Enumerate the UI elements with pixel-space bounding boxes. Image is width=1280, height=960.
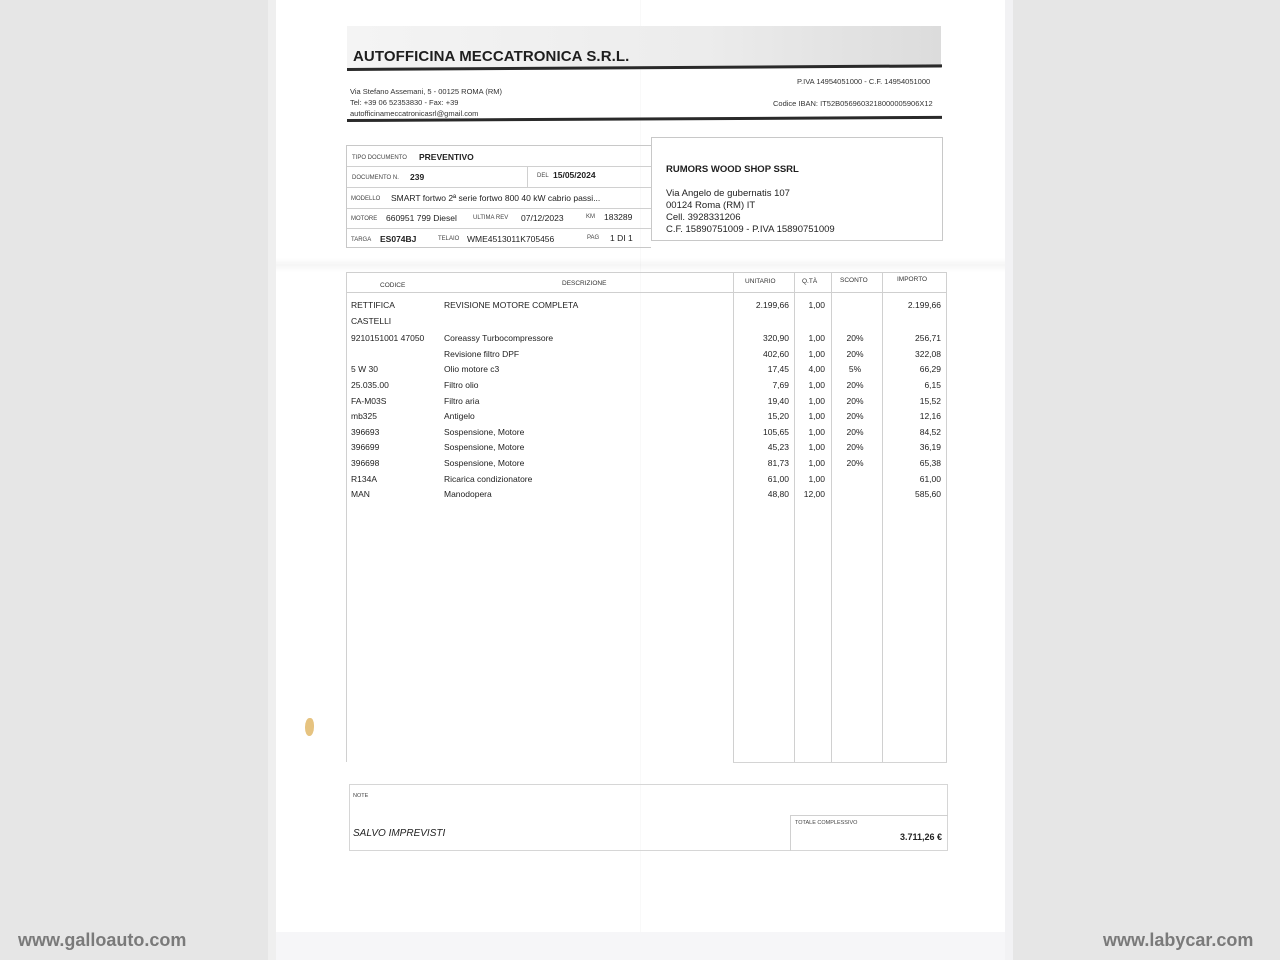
table-row: 396693Sospensione, Motore105,651,0020%84…: [0, 427, 1280, 441]
cell-code: MAN: [351, 489, 441, 499]
cell-code: 396698: [351, 458, 441, 468]
cell-amount: 256,71: [880, 333, 941, 343]
cell-description: Coreassy Turbocompressore: [444, 333, 729, 343]
cell-amount: 2.199,66: [880, 300, 941, 310]
table-bottom-border: [733, 762, 947, 763]
company-vat: P.IVA 14954051000 - C.F. 14954051000: [797, 77, 930, 86]
cell-description: Sospensione, Motore: [444, 442, 729, 452]
cell-discount: 20%: [835, 349, 875, 359]
client-city: 00124 Roma (RM) IT: [666, 200, 755, 211]
km-value: 183289: [604, 212, 632, 222]
table-row: mb325Antigelo15,201,0020%12,16: [0, 411, 1280, 425]
notes-label: Note: [353, 793, 368, 799]
table-row: Revisione filtro DPF402,601,0020%322,08: [0, 349, 1280, 363]
cell-description: Filtro olio: [444, 380, 729, 390]
horizontal-fold-mark: [276, 258, 1005, 272]
cell-unit: 45,23: [730, 442, 789, 452]
header-discount: Sconto: [840, 277, 868, 284]
cell-code: RETTIFICA: [351, 300, 441, 310]
table-row: 5 W 30Olio motore c317,454,005%66,29: [0, 364, 1280, 378]
last-rev-label: Ultima rev: [473, 215, 508, 221]
cell-code: 5 W 30: [351, 364, 441, 374]
header-qty: Q.tà: [802, 278, 817, 285]
cell-amount: 322,08: [880, 349, 941, 359]
cell-amount: 585,60: [880, 489, 941, 499]
page-value: 1 DI 1: [610, 233, 633, 243]
table-row: 396699Sospensione, Motore45,231,0020%36,…: [0, 442, 1280, 456]
cell-code: FA-M03S: [351, 396, 441, 406]
screenshot-stage: AUTOFFICINA MECCATRONICA S.R.L. Via Stef…: [0, 0, 1280, 960]
cell-description: Olio motore c3: [444, 364, 729, 374]
cell-amount: 61,00: [880, 474, 941, 484]
table-row: FA-M03SFiltro aria19,401,0020%15,52: [0, 396, 1280, 410]
cell-discount: 20%: [835, 427, 875, 437]
cell-discount: 5%: [835, 364, 875, 374]
table-row: 25.035.00Filtro olio7,691,0020%6,15: [0, 380, 1280, 394]
cell-unit: 48,80: [730, 489, 789, 499]
cell-qty: 4,00: [790, 364, 825, 374]
cell-qty: 1,00: [790, 427, 825, 437]
cell-code: R134A: [351, 474, 441, 484]
table-top-border: [346, 272, 946, 273]
info-divider: [347, 166, 651, 167]
header-description: Descrizione: [562, 280, 606, 287]
cell-code: mb325: [351, 411, 441, 421]
cell-unit: 15,20: [730, 411, 789, 421]
table-row: 396698Sospensione, Motore81,731,0020%65,…: [0, 458, 1280, 472]
doc-date: 15/05/2024: [553, 170, 596, 180]
notes-text: SALVO IMPREVISTI: [353, 828, 445, 839]
cell-amount: 66,29: [880, 364, 941, 374]
km-label: Km: [586, 214, 595, 220]
cell-description: Filtro aria: [444, 396, 729, 406]
cell-qty: 1,00: [790, 458, 825, 468]
total-amount: 3.711,26 €: [870, 832, 942, 842]
company-address: Via Stefano Assemani, 5 - 00125 ROMA (RM…: [350, 87, 502, 96]
header-unit-price: Unitario: [745, 278, 776, 285]
header-amount: Importo: [897, 276, 927, 283]
last-rev: 07/12/2023: [521, 213, 564, 223]
cell-code: 25.035.00: [351, 380, 441, 390]
total-divider: [790, 815, 791, 851]
cell-discount: 20%: [835, 442, 875, 452]
watermark-left: www.galloauto.com: [18, 930, 186, 951]
cell-discount: 20%: [835, 458, 875, 468]
cell-unit: 2.199,66: [730, 300, 789, 310]
client-tax-ids: C.F. 15890751009 - P.IVA 15890751009: [666, 224, 835, 235]
cell-description: Antigelo: [444, 411, 729, 421]
cell-description: Sospensione, Motore: [444, 427, 729, 437]
chassis-label: Telaio: [438, 236, 459, 242]
chassis: WME4513011K705456: [467, 234, 554, 244]
cell-description: Sospensione, Motore: [444, 458, 729, 468]
cell-amount: 84,52: [880, 427, 941, 437]
engine: 660951 799 Diesel: [386, 213, 457, 223]
cell-code: 9210151001 47050: [351, 333, 441, 343]
cell-unit: 402,60: [730, 349, 789, 359]
paper-stain: [305, 718, 314, 736]
doc-date-label: Del: [537, 173, 549, 179]
cell-qty: 1,00: [790, 333, 825, 343]
cell-description: Ricarica condizionatore: [444, 474, 729, 484]
doc-type: PREVENTIVO: [419, 152, 474, 162]
cell-amount: 15,52: [880, 396, 941, 406]
cell-unit: 61,00: [730, 474, 789, 484]
cell-amount: 36,19: [880, 442, 941, 452]
client-cell: Cell. 3928331206: [666, 212, 740, 223]
doc-number-label: Documento n.: [352, 175, 399, 181]
plate: ES074BJ: [380, 234, 416, 244]
cell-qty: 1,00: [790, 411, 825, 421]
cell-qty: 1,00: [790, 474, 825, 484]
cell-discount: 20%: [835, 396, 875, 406]
info-divider: [347, 208, 651, 209]
company-iban: Codice IBAN: IT52B0569603218000005906X12: [773, 99, 933, 108]
notes-total-box: [349, 784, 948, 851]
client-name: RUMORS WOOD SHOP SSRL: [666, 164, 799, 175]
cell-description: REVISIONE MOTORE COMPLETA: [444, 300, 729, 310]
cell-unit: 105,65: [730, 427, 789, 437]
cell-code: CASTELLI: [351, 316, 441, 326]
cell-description: Revisione filtro DPF: [444, 349, 729, 359]
page-bottom-margin: [276, 932, 1005, 960]
cell-discount: 20%: [835, 333, 875, 343]
cell-qty: 12,00: [790, 489, 825, 499]
info-divider: [347, 187, 651, 188]
company-name: AUTOFFICINA MECCATRONICA S.R.L.: [353, 48, 629, 65]
engine-label: Motore: [351, 216, 377, 222]
table-row: CASTELLI: [0, 316, 1280, 330]
cell-discount: 20%: [835, 380, 875, 390]
cell-qty: 1,00: [790, 349, 825, 359]
info-divider: [527, 166, 528, 187]
company-email: autofficinameccatronicasrl@gmail.com: [350, 109, 478, 118]
table-row: 9210151001 47050Coreassy Turbocompressor…: [0, 333, 1280, 347]
total-label: Totale complessivo: [795, 820, 857, 826]
cell-qty: 1,00: [790, 300, 825, 310]
cell-unit: 320,90: [730, 333, 789, 343]
header-code: Codice: [380, 282, 405, 289]
cell-qty: 1,00: [790, 380, 825, 390]
table-header-border: [346, 292, 946, 293]
table-row: RETTIFICAREVISIONE MOTORE COMPLETA2.199,…: [0, 300, 1280, 314]
cell-unit: 7,69: [730, 380, 789, 390]
table-row: R134ARicarica condizionatore61,001,0061,…: [0, 474, 1280, 488]
cell-qty: 1,00: [790, 396, 825, 406]
watermark-right: www.labycar.com: [1103, 930, 1253, 951]
cell-unit: 19,40: [730, 396, 789, 406]
company-phone: Tel: +39 06 52353830 - Fax: +39: [350, 98, 458, 107]
plate-label: Targa: [351, 237, 371, 243]
cell-amount: 6,15: [880, 380, 941, 390]
cell-description: Manodopera: [444, 489, 729, 499]
table-row: MANManodopera48,8012,00585,60: [0, 489, 1280, 503]
doc-type-label: Tipo documento: [352, 155, 407, 161]
cell-amount: 65,38: [880, 458, 941, 468]
model-label: Modello: [351, 196, 380, 202]
vehicle-model: SMART fortwo 2ª serie fortwo 800 40 kW c…: [391, 193, 600, 203]
client-address: Via Angelo de gubernatis 107: [666, 188, 790, 199]
cell-code: 396699: [351, 442, 441, 452]
total-divider: [790, 815, 948, 816]
cell-code: 396693: [351, 427, 441, 437]
info-divider: [347, 228, 651, 229]
cell-amount: 12,16: [880, 411, 941, 421]
cell-qty: 1,00: [790, 442, 825, 452]
page-label: Pag: [587, 235, 599, 241]
cell-unit: 81,73: [730, 458, 789, 468]
cell-discount: 20%: [835, 411, 875, 421]
doc-number: 239: [410, 172, 424, 182]
cell-unit: 17,45: [730, 364, 789, 374]
